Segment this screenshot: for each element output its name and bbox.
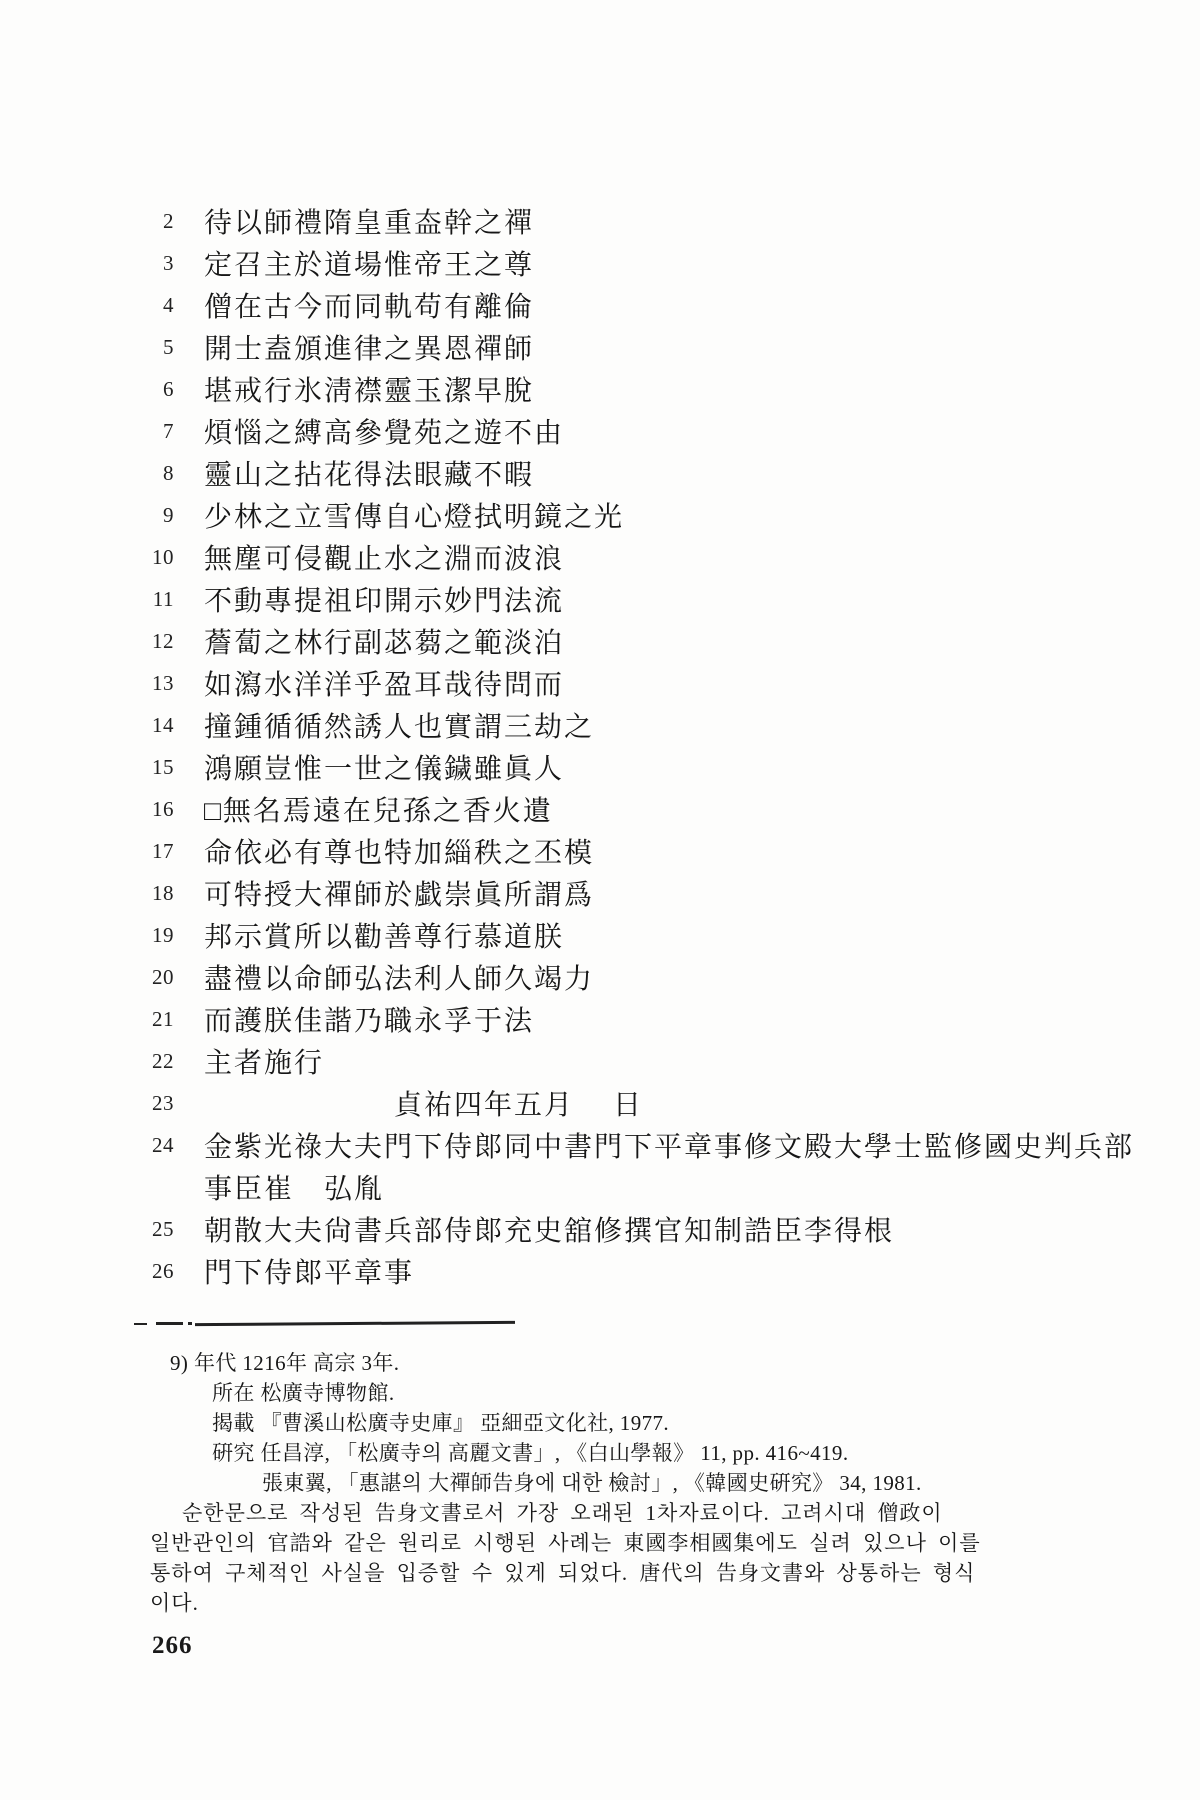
transcription-line-row: 5開士盍頒進律之異恩禪師 — [140, 326, 1160, 368]
footnote-block: 9) 年代 1216年 高宗 3年.所在 松廣寺博物館.揭載 『曹溪山松廣寺史庫… — [150, 1348, 1090, 1618]
line-text: 少林之立雪傳自心燈拭明鏡之光 — [204, 495, 624, 535]
line-number: 23 — [140, 1091, 174, 1116]
transcription-line-row: 13如瀉水洋洋乎盈耳哉待問而 — [140, 662, 1160, 704]
line-text: 不動專提祖印開示妙門法流 — [204, 579, 564, 619]
line-number: 21 — [140, 1007, 174, 1032]
footnote-reference-line: 9) 年代 1216年 高宗 3年. — [150, 1348, 1090, 1378]
line-text: 朝散大夫尙書兵部侍郞充史舘修撰官知制誥臣李得根 — [204, 1209, 894, 1249]
transcription-line-row: 9少林之立雪傳自心燈拭明鏡之光 — [140, 494, 1160, 536]
scanned-book-page: 2待以師禮隋皇重盇幹之禪3定召主於道場惟帝王之尊4僧在古今而同軌苟有離倫5開士盍… — [0, 0, 1200, 1800]
line-number: 17 — [140, 839, 174, 864]
transcription-line-row: 17命依必有尊也特加緇秩之丕模 — [140, 830, 1160, 872]
transcription-line-row: 3定召主於道場惟帝王之尊 — [140, 242, 1160, 284]
line-text: 薝蔔之林行副苾蒭之範淡泊 — [204, 621, 564, 661]
line-number: 18 — [140, 881, 174, 906]
transcription-line-row: 23貞祐四年五月 日 — [140, 1082, 1160, 1124]
transcription-line-row: 19邦示賞所以勸善尊行慕道朕 — [140, 914, 1160, 956]
page-number: 266 — [152, 1632, 193, 1660]
line-number: 26 — [140, 1259, 174, 1284]
line-number: 14 — [140, 713, 174, 738]
line-text: 貞祐四年五月 日 — [204, 1083, 643, 1123]
line-number: 2 — [140, 209, 174, 234]
line-text: 門下侍郞平章事 — [204, 1251, 414, 1291]
transcription-line-row: 12薝蔔之林行副苾蒭之範淡泊 — [140, 620, 1160, 662]
transcription-line-row: 25朝散大夫尙書兵部侍郞充史舘修撰官知制誥臣李得根 — [140, 1208, 1160, 1250]
line-text: 煩惱之縛高參覺苑之遊不由 — [204, 411, 564, 451]
transcription-line-row: 26門下侍郞平章事 — [140, 1250, 1160, 1292]
line-number: 4 — [140, 293, 174, 318]
footnote-rule-dash — [134, 1323, 147, 1325]
line-number: 24 — [140, 1133, 174, 1158]
line-number: 8 — [140, 461, 174, 486]
transcription-line-row: 11不動專提祖印開示妙門法流 — [140, 578, 1160, 620]
line-number: 20 — [140, 965, 174, 990]
line-number: 11 — [140, 587, 174, 612]
line-number: 13 — [140, 671, 174, 696]
transcription-line-row: 22主者施行 — [140, 1040, 1160, 1082]
line-number: 25 — [140, 1217, 174, 1242]
transcription-line-row: 16□無名焉遠在兒孫之香火遺 — [140, 788, 1160, 830]
line-text: 靈山之拈花得法眼藏不暇 — [204, 453, 534, 493]
footnote-rule — [134, 1322, 515, 1325]
transcription-line-row: 4僧在古今而同軌苟有離倫 — [140, 284, 1160, 326]
line-number: 16 — [140, 797, 174, 822]
line-text: 如瀉水洋洋乎盈耳哉待問而 — [204, 663, 564, 703]
line-number: 9 — [140, 503, 174, 528]
line-number: 7 — [140, 419, 174, 444]
line-text: 金紫光祿大夫門下侍郞同中書門下平章事修文殿大學士監修國史判兵部 — [204, 1125, 1134, 1165]
footnote-reference-line: 硏究 任昌淳, 「松廣寺의 高麗文書」, 《白山學報》 11, pp. 416~… — [150, 1438, 1090, 1468]
line-text: 僧在古今而同軌苟有離倫 — [204, 285, 534, 325]
line-text: 命依必有尊也特加緇秩之丕模 — [204, 831, 594, 871]
transcription-line-row: 18可特授大禪師於戱崇眞所謂爲 — [140, 872, 1160, 914]
line-text: 待以師禮隋皇重盇幹之禪 — [204, 201, 534, 241]
footnote-paragraph-line: 일반관인의 官誥와 같은 원리로 시행된 사례는 東國李相國集에도 실려 있으나… — [150, 1528, 1090, 1558]
transcription-line-row: 15鴻願豈惟一世之儀鐬雖眞人 — [140, 746, 1160, 788]
transcription-line-row: 2待以師禮隋皇重盇幹之禪 — [140, 200, 1160, 242]
line-number: 19 — [140, 923, 174, 948]
line-number: 6 — [140, 377, 174, 402]
footnote-rule-line — [195, 1321, 515, 1326]
line-text: 無塵可侵觀止水之淵而波浪 — [204, 537, 564, 577]
line-text: 鴻願豈惟一世之儀鐬雖眞人 — [204, 747, 564, 787]
footnote-reference-line: 揭載 『曹溪山松廣寺史庫』 亞細亞文化社, 1977. — [150, 1408, 1090, 1438]
line-text: 盡禮以命師弘法利人師久竭力 — [204, 957, 594, 997]
line-text: 定召主於道場惟帝王之尊 — [204, 243, 534, 283]
footnote-rule-dot — [188, 1322, 192, 1325]
transcription-line-row: 8靈山之拈花得法眼藏不暇 — [140, 452, 1160, 494]
line-text: 邦示賞所以勸善尊行慕道朕 — [204, 915, 564, 955]
line-text: 而護朕佳諧乃職永孚于法 — [204, 999, 534, 1039]
footnote-reference-line: 所在 松廣寺博物館. — [150, 1378, 1090, 1408]
transcription-line-row: 14撞鍾循循然誘人也實謂三劫之 — [140, 704, 1160, 746]
line-text: 堪戒行氷淸襟靈玉潔早脫 — [204, 369, 534, 409]
line-text: 撞鍾循循然誘人也實謂三劫之 — [204, 705, 594, 745]
line-text: □無名焉遠在兒孫之香火遺 — [204, 789, 553, 829]
footnote-paragraph-line: 이다. — [150, 1588, 1090, 1618]
transcription-line-row: 事臣崔 弘胤 — [140, 1166, 1160, 1208]
line-text: 可特授大禪師於戱崇眞所謂爲 — [204, 873, 594, 913]
line-text: 事臣崔 弘胤 — [204, 1167, 384, 1207]
transcription-line-row: 24金紫光祿大夫門下侍郞同中書門下平章事修文殿大學士監修國史判兵部 — [140, 1124, 1160, 1166]
footnote-paragraph-line: 순한문으로 작성된 告身文書로서 가장 오래된 1차자료이다. 고려시대 僧政이 — [150, 1498, 1090, 1528]
line-number: 22 — [140, 1049, 174, 1074]
document-transcription-body: 2待以師禮隋皇重盇幹之禪3定召主於道場惟帝王之尊4僧在古今而同軌苟有離倫5開士盍… — [140, 200, 1160, 1292]
line-number: 3 — [140, 251, 174, 276]
footnote-paragraph-line: 통하여 구체적인 사실을 입증할 수 있게 되었다. 唐代의 告身文書와 상통하… — [150, 1558, 1090, 1588]
transcription-line-row: 10無塵可侵觀止水之淵而波浪 — [140, 536, 1160, 578]
footnote-rule-dash — [156, 1322, 183, 1325]
line-number: 12 — [140, 629, 174, 654]
transcription-line-row: 20盡禮以命師弘法利人師久竭力 — [140, 956, 1160, 998]
line-number: 10 — [140, 545, 174, 570]
line-number: 5 — [140, 335, 174, 360]
transcription-line-row: 7煩惱之縛高參覺苑之遊不由 — [140, 410, 1160, 452]
line-number: 15 — [140, 755, 174, 780]
transcription-line-row: 6堪戒行氷淸襟靈玉潔早脫 — [140, 368, 1160, 410]
footnote-reference-line: 張東翼, 「惠諶의 大禪師告身에 대한 檢討」, 《韓國史硏究》 34, 198… — [150, 1468, 1090, 1498]
line-text: 開士盍頒進律之異恩禪師 — [204, 327, 534, 367]
transcription-line-row: 21而護朕佳諧乃職永孚于法 — [140, 998, 1160, 1040]
line-text: 主者施行 — [204, 1041, 324, 1081]
